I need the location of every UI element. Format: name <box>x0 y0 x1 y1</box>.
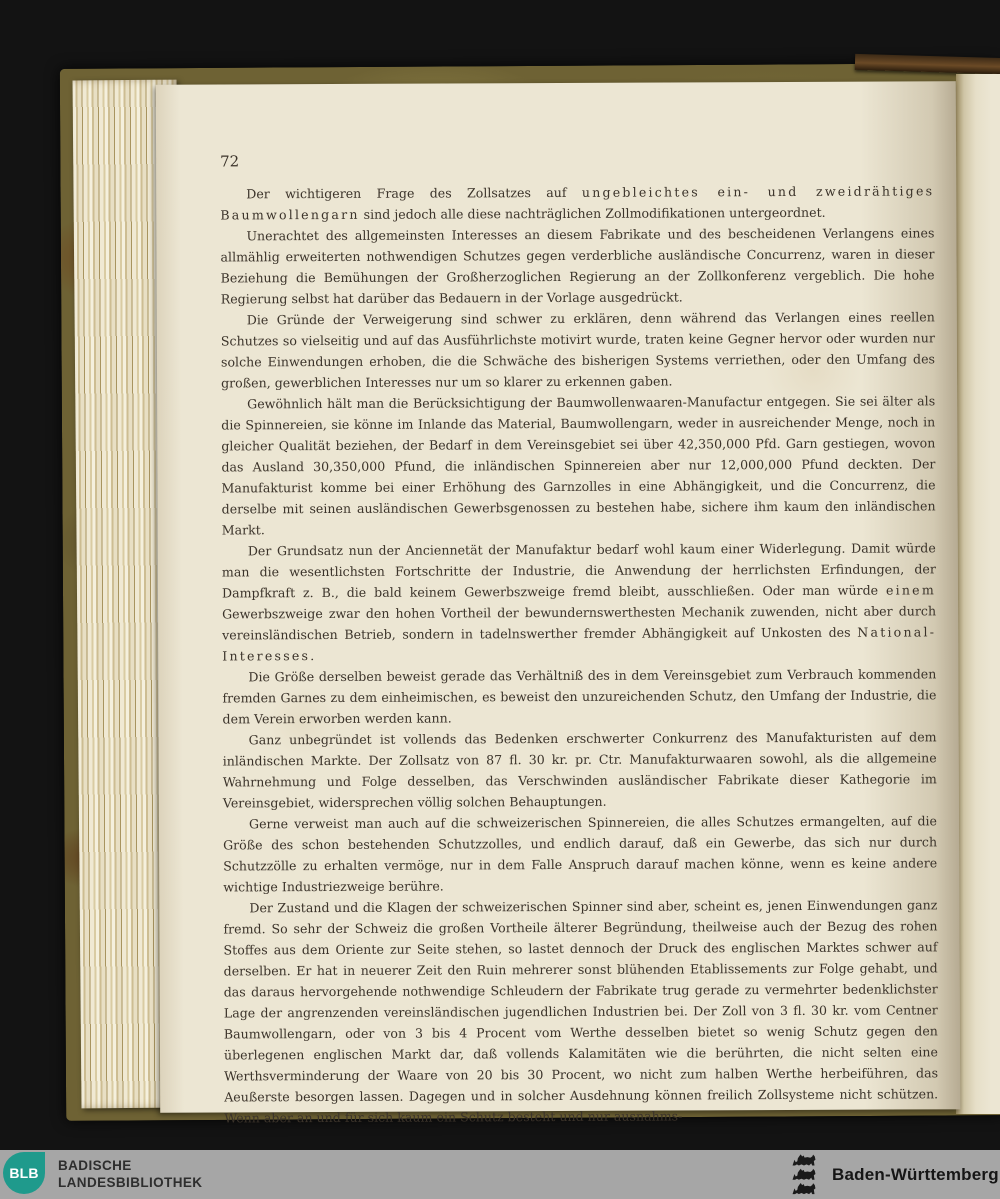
body-text: Der Grundsatz nun der Anciennetät der Ma… <box>222 540 936 600</box>
body-text: Gewöhnlich hält man die Berücksichtigung… <box>221 393 935 537</box>
page-text-body: Der wichtigeren Frage des Zollsatzes auf… <box>220 180 938 1128</box>
body-text: Die Größe derselben beweist gerade das V… <box>222 666 936 726</box>
paragraph: Unerachtet des allgemeinsten Interesses … <box>220 222 934 309</box>
body-text: Der wichtigeren Frage des Zollsatzes auf <box>246 185 582 201</box>
paragraph: Der wichtigeren Frage des Zollsatzes auf… <box>220 180 934 225</box>
body-text: sind jedoch alle diese nachträglichen Zo… <box>360 205 826 222</box>
library-name-link[interactable]: BADISCHE LANDESBIBLIOTHEK <box>58 1157 202 1191</box>
region-label: Baden-Württemberg <box>832 1165 999 1185</box>
facing-page-edge <box>956 74 1000 1114</box>
viewer-background: 72 Der wichtigeren Frage des Zollsatzes … <box>0 0 1000 1199</box>
paragraph: Der Grundsatz nun der Anciennetät der Ma… <box>222 537 937 666</box>
paragraph: Gewöhnlich hält man die Berücksichtigung… <box>221 390 936 540</box>
scanned-page: 72 Der wichtigeren Frage des Zollsatzes … <box>156 81 960 1112</box>
paragraph: Die Größe derselben beweist gerade das V… <box>222 663 936 729</box>
body-text: Der Zustand und die Klagen der schweizer… <box>223 897 938 1125</box>
body-text: Gerne verweist man auch auf die schweize… <box>223 813 937 894</box>
body-text: . <box>310 648 314 663</box>
library-name-line1: BADISCHE <box>58 1157 202 1174</box>
page-number: 72 <box>220 152 239 170</box>
coat-of-arms-icon <box>790 1154 818 1196</box>
body-text: Unerachtet des allgemeinsten Interesses … <box>220 225 934 306</box>
baden-wuerttemberg-link[interactable]: Baden-Württemberg <box>790 1153 999 1197</box>
paragraph: Gerne verweist man auch auf die schweize… <box>223 810 937 897</box>
paragraph: Ganz unbegründet ist vollends das Bedenk… <box>223 726 937 813</box>
footer-bar: BLB BADISCHE LANDESBIBLIOTHEK Baden-Würt… <box>0 1150 1000 1199</box>
blb-logo-text: BLB <box>9 1165 38 1181</box>
emphasized-text: einem <box>886 582 936 597</box>
body-text: Gewerbszweige zwar den hohen Vortheil de… <box>222 603 936 642</box>
paragraph: Die Gründe der Verweigerung sind schwer … <box>221 306 935 393</box>
body-text: Die Gründe der Verweigerung sind schwer … <box>221 309 935 390</box>
library-name-line2: LANDESBIBLIOTHEK <box>58 1174 202 1191</box>
blb-logo[interactable]: BLB <box>3 1152 45 1194</box>
body-text: Ganz unbegründet ist vollends das Bedenk… <box>223 729 937 810</box>
paragraph: Der Zustand und die Klagen der schweizer… <box>223 894 938 1128</box>
